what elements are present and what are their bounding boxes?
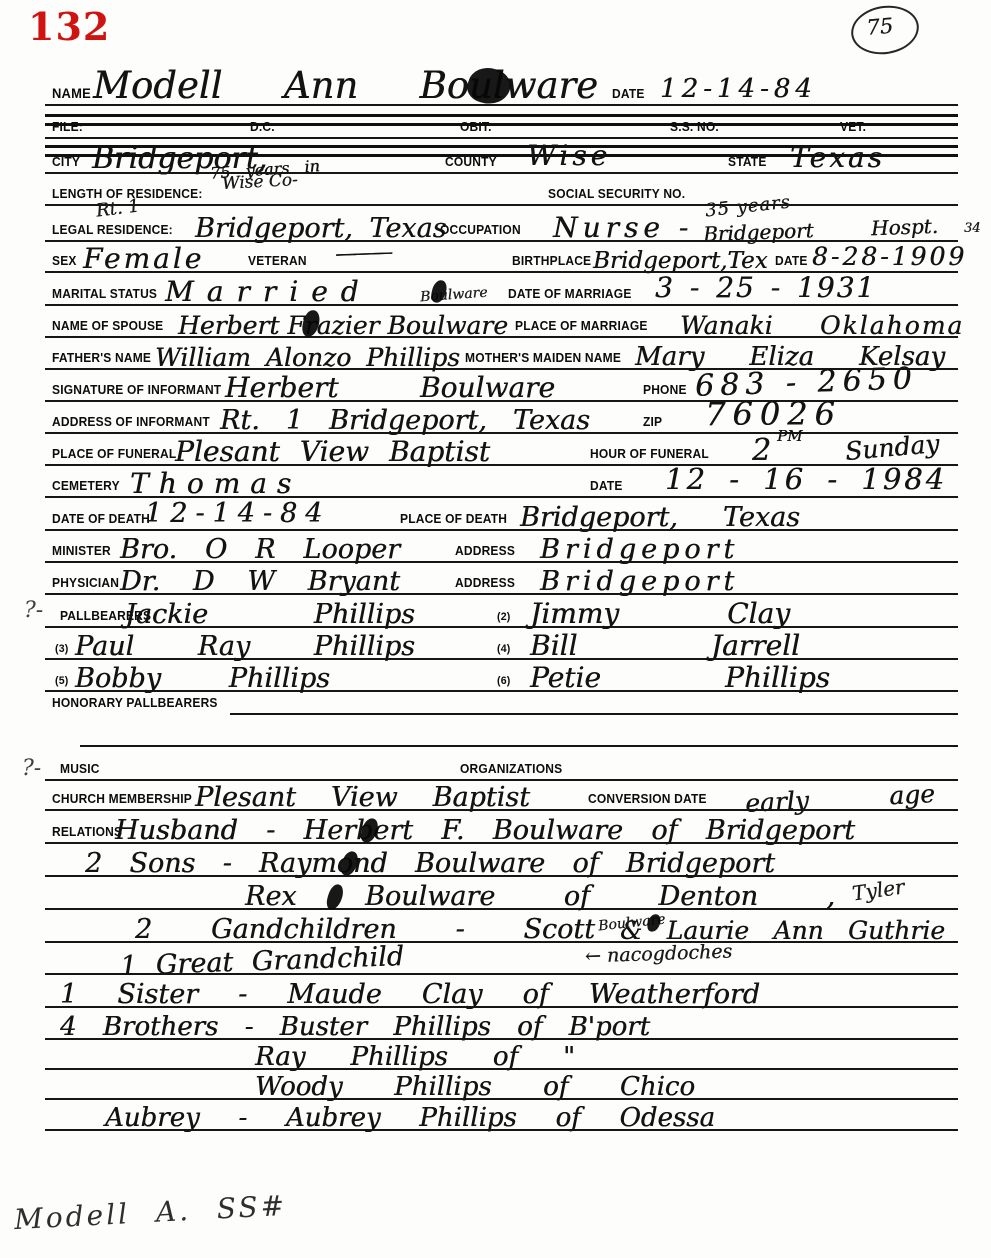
relations-row-10: Aubrey - Aubrey Phillips of Odessa — [45, 1097, 958, 1131]
church-membership-value: Plesant View Baptist — [195, 784, 530, 811]
city-row: CITY Bridgeport, 75 years in COUNTY Wise… — [45, 140, 958, 174]
relations-line-2: 2 Sons - Raymond Boulware of Bridgeport — [85, 850, 775, 877]
legal-residence-label: LEGAL RESIDENCE: — [52, 223, 173, 237]
birthdate-value: 8-28-1909 — [812, 244, 967, 269]
fathers-name-value: William Alonzo Phillips — [155, 345, 460, 370]
page-number: 132 — [28, 4, 110, 49]
relations-label: RELATIONS — [52, 825, 122, 839]
social-security-label: SOCIAL SECURITY NO. — [548, 187, 685, 201]
legal-residence-row: LEGAL RESIDENCE: Bridgeport, Texas OCCUP… — [45, 208, 958, 242]
phone-label: PHONE — [643, 383, 687, 397]
conversion-date-label: CONVERSION DATE — [588, 792, 707, 806]
relations-row-9: Woody Phillips of Chico — [45, 1066, 958, 1100]
date-of-death-label: DATE OF DEATH — [52, 512, 150, 526]
zip-label: ZIP — [643, 415, 662, 429]
ssno-label: S.S. NO. — [670, 120, 719, 134]
sex-value: Female — [83, 245, 204, 273]
marital-status-row: MARITAL STATUS Married Boulware DATE OF … — [45, 272, 958, 306]
place-of-funeral-row: PLACE OF FUNERAL Plesant View Baptist HO… — [45, 432, 958, 466]
informant-signature-label: SIGNATURE OF INFORMANT — [52, 383, 221, 397]
relations-row-7: 4 Brothers - Buster Phillips of B'port — [45, 1006, 958, 1040]
relations-line-4b: & Laurie Ann Guthrie — [620, 918, 945, 943]
date-of-death-value: 12-14-84 — [145, 500, 330, 527]
pallbearer-1: Jackie Phillips — [125, 601, 415, 628]
informant-address-value: Rt. 1 Bridgeport, Texas — [220, 407, 590, 434]
minister-row: MINISTER Bro. O R Looper ADDRESS Bridgep… — [45, 529, 958, 563]
physician-row: PHYSICIAN Dr. D W Bryant ADDRESS Bridgep… — [45, 561, 958, 595]
veteran-label: VETERAN — [248, 254, 307, 268]
honorary-pallbearers-row: HONORARY PALLBEARERS — [45, 681, 958, 713]
occupation-value: Nurse - — [553, 214, 693, 242]
relations-line-10: Aubrey - Aubrey Phillips of Odessa — [105, 1105, 715, 1131]
place-of-marriage-value: Wanaki — [680, 313, 773, 338]
cemetery-label: CEMETERY — [52, 479, 120, 493]
physician-label: PHYSICIAN — [52, 576, 119, 590]
pallbearer-4-label: (4) — [497, 643, 510, 655]
circled-number: 75 — [866, 16, 894, 39]
pallbearer-3: Paul Ray Phillips — [75, 633, 415, 660]
music-row: MUSIC ORGANIZATIONS — [45, 747, 958, 781]
hour-ampm: PM — [777, 429, 802, 444]
marital-status-label: MARITAL STATUS — [52, 287, 157, 301]
spouse-row: NAME OF SPOUSE Herbert Frazier Boulware … — [45, 304, 958, 338]
relations-row-1: RELATIONS Husband - Herbert F. Boulware … — [45, 810, 958, 844]
fathers-name-label: FATHER'S NAME — [52, 351, 151, 365]
funeral-day: Sunday — [844, 431, 940, 464]
minister-address-label: ADDRESS — [455, 544, 515, 558]
mothers-maiden-name-label: MOTHER'S MAIDEN NAME — [465, 351, 621, 365]
relations-line-6: 1 Sister - Maude Clay of Weatherford — [60, 981, 760, 1008]
place-of-death-value: Bridgeport, Texas — [520, 504, 800, 531]
county-label: COUNTY — [445, 155, 497, 169]
spouse-label: NAME OF SPOUSE — [52, 319, 163, 333]
date-of-marriage-label: DATE OF MARRIAGE — [508, 287, 632, 301]
pallbearers-row: PALLBEARERS Jackie Phillips (2) Jimmy Cl… — [45, 594, 958, 628]
birthdate-label: DATE — [775, 254, 808, 268]
informant-signature-value: Herbert Boulware — [225, 374, 555, 402]
organizations-label: ORGANIZATIONS — [460, 762, 562, 776]
minister-value: Bro. O R Looper — [120, 536, 400, 563]
informant-address-row: ADDRESS OF INFORMANT Rt. 1 Bridgeport, T… — [45, 400, 958, 434]
place-of-marriage-label: PLACE OF MARRIAGE — [515, 319, 648, 333]
file-label: FILE: — [52, 120, 83, 134]
length-of-residence-row: LENGTH OF RESIDENCE: SOCIAL SECURITY NO. — [45, 172, 958, 206]
pallbearers-row-2: (3) Paul Ray Phillips (4) Bill Jarrell — [45, 626, 958, 660]
pallbearer-2: Jimmy Clay — [530, 600, 790, 628]
informant-address-label: ADDRESS OF INFORMANT — [52, 415, 210, 429]
edge-note: 34 — [964, 222, 981, 235]
physician-address-label: ADDRESS — [455, 576, 515, 590]
funeral-record-card: 132 75 NAME Modell Ann Boulware DATE 12-… — [0, 0, 991, 1258]
sex-label: SEX — [52, 254, 77, 268]
relations-row-6: 1 Sister - Maude Clay of Weatherford — [45, 974, 958, 1008]
relations-row-8: Ray Phillips of " — [45, 1036, 958, 1070]
legal-residence-value: Bridgeport, Texas — [195, 215, 446, 242]
veteran-value: ——— — [335, 242, 390, 266]
cemetery-date-label: DATE — [590, 479, 623, 493]
vet-label: VET. — [840, 120, 866, 134]
church-membership-row: CHURCH MEMBERSHIP Plesant View Baptist C… — [45, 777, 958, 811]
birthplace-label: BIRTHPLACE — [512, 254, 591, 268]
date-label: DATE — [612, 87, 645, 101]
relations-row-5: 1 Great Grandchild — [45, 941, 958, 975]
margin-question-mark: ?- — [24, 598, 43, 623]
marital-status-value: Married — [165, 278, 372, 306]
church-membership-label: CHURCH MEMBERSHIP — [52, 792, 192, 806]
state-label: STATE — [728, 155, 767, 169]
minister-label: MINISTER — [52, 544, 111, 558]
birthplace-value: Bridgeport,Tex — [593, 250, 768, 273]
minister-address-value: Bridgeport — [540, 536, 739, 563]
music-label: MUSIC — [60, 762, 100, 776]
bottom-pencil-note: Modell A. SS# — [13, 1189, 288, 1236]
spouse-value: Herbert Frazier Boulware — [178, 313, 508, 338]
pallbearer-2-label: (2) — [497, 611, 510, 623]
margin-question-mark: ?- — [22, 756, 41, 781]
name-label: NAME — [52, 86, 91, 101]
circled-number-mark: 75 — [848, 1, 923, 59]
relations-row-3: Rex Boulware of Denton , — [45, 876, 958, 910]
honorary-pallbearers-label: HONORARY PALLBEARERS — [52, 696, 218, 710]
pallbearer-3-label: (3) — [55, 643, 68, 655]
pallbearer-4: Bill Jarrell — [530, 632, 800, 660]
blank-row — [45, 713, 958, 745]
city-label: CITY — [52, 155, 80, 169]
name-value: Modell Ann Boulware — [93, 67, 598, 104]
place-of-funeral-value: Plesant View Baptist — [175, 438, 490, 466]
cemetery-value: Thomas — [130, 470, 301, 498]
obit-label: OBIT. — [460, 120, 492, 134]
file-row: FILE: D.C. OBIT. S.S. NO. VET. — [45, 105, 958, 139]
date-value: 12-14-84 — [660, 76, 817, 102]
relations-row-4: 2 Gandchildren - Scott & Laurie Ann Guth… — [45, 909, 958, 943]
relations-row-2: 2 Sons - Raymond Boulware of Bridgeport — [45, 843, 958, 877]
sex-row: SEX Female VETERAN ——— BIRTHPLACE Bridge… — [45, 239, 958, 273]
county-value: Wise — [527, 142, 611, 170]
hour-of-funeral-label: HOUR OF FUNERAL — [590, 447, 709, 461]
physician-address-value: Bridgeport — [540, 568, 739, 595]
zip-value: 76026 — [705, 398, 842, 430]
relations-line-1: Husband - Herbert F. Boulware of Bridgep… — [115, 817, 855, 844]
occupation-label: OCCUPATION — [440, 223, 521, 237]
state-value: Texas — [790, 144, 885, 172]
cemetery-date-value: 12 - 16 - 1984 — [665, 465, 947, 494]
cemetery-row: CEMETERY Thomas DATE 12 - 16 - 1984 — [45, 464, 958, 498]
dc-label: D.C. — [250, 120, 275, 134]
place-of-funeral-label: PLACE OF FUNERAL — [52, 447, 176, 461]
relations-line-4a: 2 Gandchildren - Scott — [135, 916, 595, 943]
marital-scribble: Boulware — [420, 286, 488, 305]
place-of-marriage-value-2: Oklahoma — [820, 313, 964, 338]
date-of-death-row: DATE OF DEATH 12-14-84 PLACE OF DEATH Br… — [45, 497, 958, 531]
physician-value: Dr. D W Bryant — [120, 568, 400, 595]
place-of-death-label: PLACE OF DEATH — [400, 512, 507, 526]
date-of-marriage-value: 3 - 25 - 1931 — [655, 274, 876, 302]
